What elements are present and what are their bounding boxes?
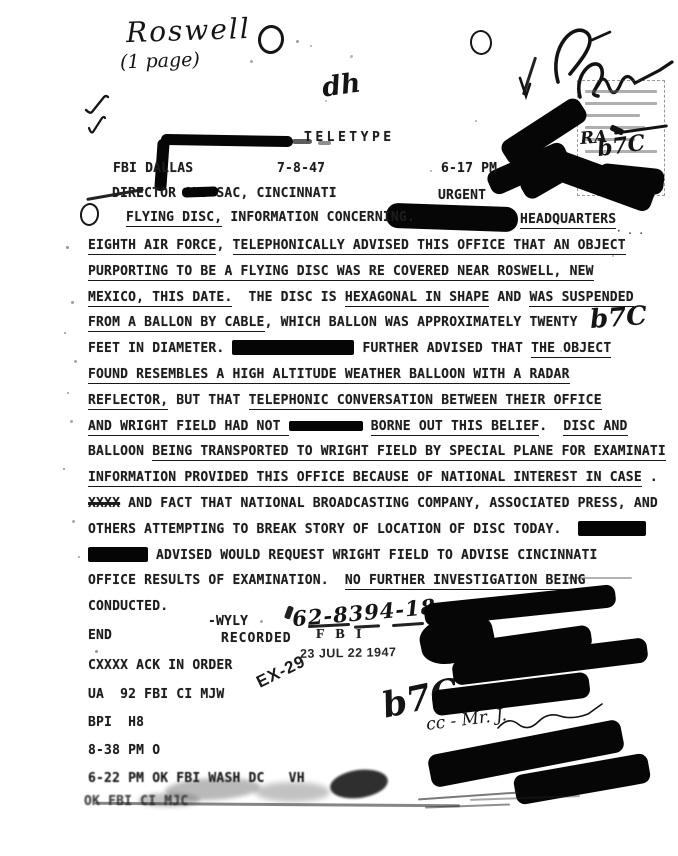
text-segment: REFLECTOR, [88, 393, 168, 410]
checkmark-icon [518, 76, 536, 100]
teletype-line: PURPORTING TO BE A FLYING DISC WAS RE CO… [88, 263, 594, 280]
stamp-wyly: -WYLY [208, 613, 248, 630]
scan-speck [70, 420, 73, 423]
text-segment: OFFICE RESULTS OF EXAMINATION. [88, 573, 345, 588]
subject-rest: INFORMATION CONCERNING. [222, 210, 415, 225]
pen-underline [392, 622, 424, 627]
redaction-bar [232, 340, 354, 355]
teletype-line: XXXX AND FACT THAT NATIONAL BROADCASTING… [88, 495, 658, 512]
pen-circle-mark [469, 29, 493, 56]
subject-underlined: FLYING DISC, [126, 210, 222, 227]
text-segment: XXXX [88, 496, 120, 511]
header-office: FBI DALLAS [113, 160, 193, 177]
handwritten-initials: dh [320, 67, 362, 103]
handwritten-b7c-mid: b7C [589, 301, 648, 335]
redaction-bar [161, 134, 293, 147]
scan-speck [95, 650, 98, 653]
text-segment: CONDUCTED. [88, 599, 168, 614]
teletype-line: FOUND RESEMBLES A HIGH ALTITUDE WEATHER … [88, 366, 570, 383]
text-segment: TELEPHONICALLY ADVISED THIS OFFICE THAT … [233, 238, 626, 255]
footer-line: UA 92 FBI CI MJW [88, 686, 224, 703]
text-segment: AND WRIGHT FIELD HAD NOT [88, 419, 289, 436]
stamp-date: 23 JUL 22 1947 [300, 645, 397, 661]
checkmark-icon [86, 116, 108, 140]
redaction-ink-over-and [182, 186, 218, 197]
header-date: 7-8-47 [277, 160, 325, 177]
text-segment: DISC AND [563, 419, 627, 436]
text-segment: ADVISED WOULD REQUEST WRIGHT FIELD TO AD… [148, 548, 598, 563]
teletype-line: MEXICO, THIS DATE. THE DISC IS HEXAGONAL… [88, 289, 634, 306]
scan-speck [64, 332, 66, 334]
stamp-ex29: EX-29 [253, 652, 309, 693]
text-segment: FOUND RESEMBLES A HIGH ALTITUDE WEATHER … [88, 367, 570, 384]
stamp-recorded: RECORDED [221, 630, 292, 647]
text-segment: BALLOON [88, 444, 152, 459]
header-headquarters: HEADQUARTERS [520, 211, 616, 228]
scan-speck [63, 468, 65, 470]
redaction-bar [289, 421, 363, 431]
teletype-line: BALLOON BEING TRANSPORTED TO WRIGHT FIEL… [88, 443, 666, 460]
pen-circle-mark [256, 23, 286, 55]
teletype-line: FEET IN DIAMETER. FURTHER ADVISED THAT T… [88, 340, 611, 357]
redaction-bar [578, 521, 646, 536]
scan-speck [66, 246, 69, 249]
text-segment: OTHERS ATTEMPTING TO BREAK STORY OF LOCA… [88, 522, 578, 537]
footer-line: 8-38 PM O [88, 742, 160, 759]
scan-speck [475, 120, 477, 122]
headquarters-label: HEADQUARTERS [520, 212, 616, 229]
text-segment: BEING TRANSPORTED TO WRIGHT FIELD BY SPE… [152, 444, 666, 461]
scan-speck [560, 350, 562, 352]
text-segment: FROM A BALLON BY CABLE [88, 315, 265, 332]
text-segment: AND FACT THAT NATIONAL BROADCASTING COMP… [120, 496, 658, 511]
footer-line: BPI H8 [88, 714, 144, 731]
teletype-line: OTHERS ATTEMPTING TO BREAK STORY OF LOCA… [88, 521, 646, 538]
scan-speck [430, 170, 432, 172]
header-urgency: URGENT [438, 187, 486, 204]
text-segment: THE DISC IS [232, 290, 344, 305]
text-segment: NO FURTHER INVESTIGATION BEING [345, 573, 586, 590]
pen-circle-mark [78, 202, 100, 227]
header-time: 6-17 PM [441, 160, 497, 177]
text-segment: AND [489, 290, 529, 305]
scan-speck [260, 620, 263, 623]
text-segment: , [216, 238, 232, 253]
teletype-line: FROM A BALLON BY CABLE, WHICH BALLON WAS… [88, 314, 578, 331]
text-segment: BORNE OUT THIS BELIEF [371, 419, 540, 436]
teletype-line: ADVISED WOULD REQUEST WRIGHT FIELD TO AD… [88, 547, 598, 564]
teletype-line: REFLECTOR, BUT THAT TELEPHONIC CONVERSAT… [88, 392, 602, 409]
scan-speck [612, 255, 614, 257]
addressee-rest: SAC, CINCINNATI [208, 186, 336, 201]
illegible-stamp-line [585, 102, 657, 105]
teletype-heading: TELETYPE [304, 129, 395, 146]
text-segment: HEXAGONAL IN SHAPE [345, 290, 489, 307]
scan-speck [325, 100, 327, 102]
text-segment: . [539, 419, 563, 434]
header-subject: FLYING DISC, INFORMATION CONCERNING. [126, 209, 415, 226]
text-segment: INFORMATION PROVIDED THIS OFFICE BECAUSE… [88, 470, 642, 487]
text-segment: . [642, 470, 658, 485]
redaction-bar [423, 584, 616, 627]
teletype-line: OFFICE RESULTS OF EXAMINATION. NO FURTHE… [88, 572, 586, 589]
scan-speck [135, 775, 138, 778]
text-segment: BUT THAT [168, 393, 248, 408]
text-segment: FEET IN DIAMETER. [88, 341, 232, 356]
teletype-line: CONDUCTED. [88, 598, 168, 615]
ink-smudge [255, 782, 330, 802]
text-segment: MEXICO, THIS DATE. [88, 290, 232, 307]
redaction-bar [88, 547, 148, 562]
handwritten-page-count: (1 page) [120, 49, 201, 74]
scan-dash-artifact [568, 577, 632, 579]
text-segment: EIGHTH AIR FORCE [88, 238, 216, 255]
text-segment: , WHICH BALLON WAS APPROXIMATELY TWENTY [265, 315, 578, 330]
scan-speck [71, 301, 74, 304]
scan-speck [296, 40, 299, 43]
stamp-fbi-letters: F B I [316, 626, 362, 643]
text-segment: PURPORTING TO BE A FLYING DISC WAS RE CO… [88, 264, 594, 281]
handwritten-roswell: Roswell [125, 12, 251, 49]
scan-speck [310, 45, 312, 47]
scan-speck [230, 640, 232, 642]
scan-speck [72, 520, 75, 523]
illegible-stamp-line [585, 114, 640, 117]
scan-speck [350, 55, 353, 58]
scan-speck [78, 556, 80, 558]
text-segment: TELEPHONIC CONVERSATION BETWEEN THEIR OF… [249, 393, 602, 410]
scanned-teletype-document: Roswell (1 page) dh RA b7C [0, 0, 678, 856]
scan-speck [67, 392, 69, 394]
header-addressee: DIRECTOR AND SAC, CINCINNATI [112, 185, 337, 202]
footer-line: END [88, 627, 112, 644]
text-segment [363, 419, 371, 434]
text-segment: FURTHER ADVISED THAT [354, 341, 531, 356]
teletype-line: EIGHTH AIR FORCE, TELEPHONICALLY ADVISED… [88, 237, 626, 254]
teletype-line: INFORMATION PROVIDED THIS OFFICE BECAUSE… [88, 469, 658, 486]
scan-speck [74, 360, 77, 363]
text-segment: THE OBJECT [531, 341, 611, 358]
illegible-stamp-line [585, 90, 657, 93]
footer-line: CXXXX ACK IN ORDER [88, 657, 232, 674]
ink-smudge [328, 766, 389, 802]
teletype-line: AND WRIGHT FIELD HAD NOT BORNE OUT THIS … [88, 418, 628, 435]
scan-speck [250, 60, 253, 63]
